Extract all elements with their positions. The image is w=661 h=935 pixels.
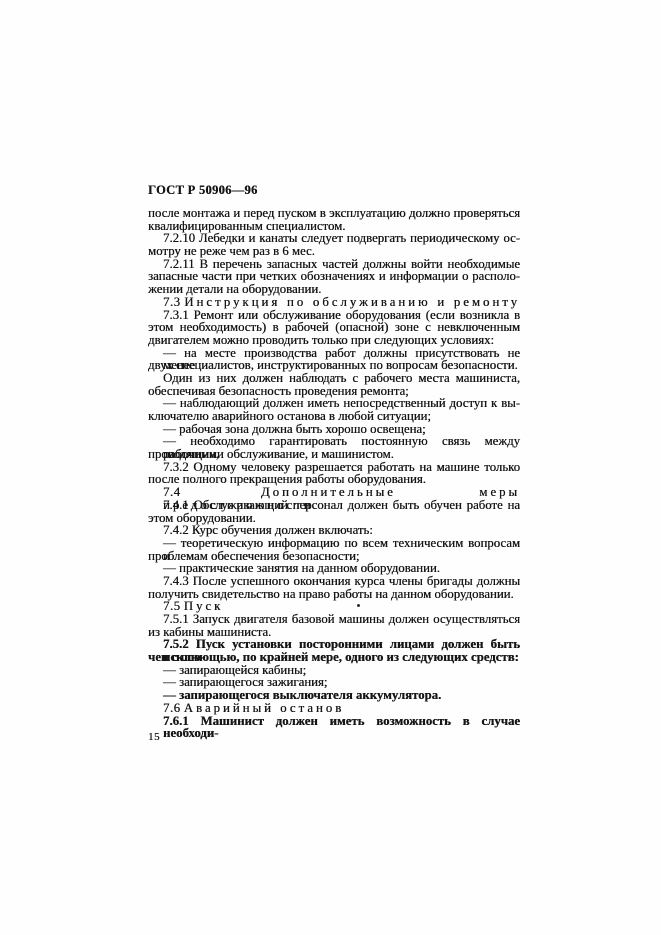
- section-heading-line: 7.4 Дополнительные меры предосторожности: [148, 486, 520, 499]
- scan-speck: [357, 604, 360, 607]
- text-line: Один из них должен наблюдать с рабочего …: [148, 372, 520, 385]
- document-page: ГОСТ Р 50906—96 после монтажа и перед пу…: [0, 0, 661, 935]
- section-number: 7.6: [163, 701, 181, 715]
- section-number: 7.3: [163, 295, 181, 309]
- text-line: 7.6.1 Машинист должен иметь возможность …: [148, 715, 520, 728]
- text-line: чен с помощью, по крайней мере, одного и…: [148, 651, 520, 664]
- text-line: 7.4.3 После успешного окончания курса чл…: [148, 575, 520, 588]
- page-number: 15: [148, 731, 160, 743]
- section-title: Инструкция по обслуживанию и ремонту: [184, 295, 520, 309]
- document-header: ГОСТ Р 50906—96: [148, 183, 258, 198]
- text-line: проводящими обслуживание, и машинистом.: [148, 448, 520, 461]
- section-heading-line: 7.3 Инструкция по обслуживанию и ремонту: [148, 296, 520, 309]
- text-line: этом необходимость) в рабочей (опасной) …: [148, 321, 520, 334]
- text-line: ключателю аварийного останова в любой си…: [148, 410, 520, 423]
- text-line: 7.5.1 Запуск двигателя базовой машины до…: [148, 613, 520, 626]
- text-line: 7.4.2 Курс обучения должен включать:: [148, 524, 520, 537]
- text-line: мотру не реже чем раз в 6 мес.: [148, 245, 520, 258]
- section-title: Аварийный останов: [184, 701, 345, 715]
- text-line: после монтажа и перед пуском в эксплуата…: [148, 207, 520, 220]
- section-heading-line: 7.6 Аварийный останов: [148, 702, 520, 715]
- document-body: после монтажа и перед пуском в эксплуата…: [148, 207, 520, 727]
- text-line: — теоретическую информацию по всем техни…: [148, 537, 520, 550]
- text-line: 7.4.1 Обслуживающий персонал должен быть…: [148, 499, 520, 512]
- text-line: двигателем можно проводить только при сл…: [148, 334, 520, 347]
